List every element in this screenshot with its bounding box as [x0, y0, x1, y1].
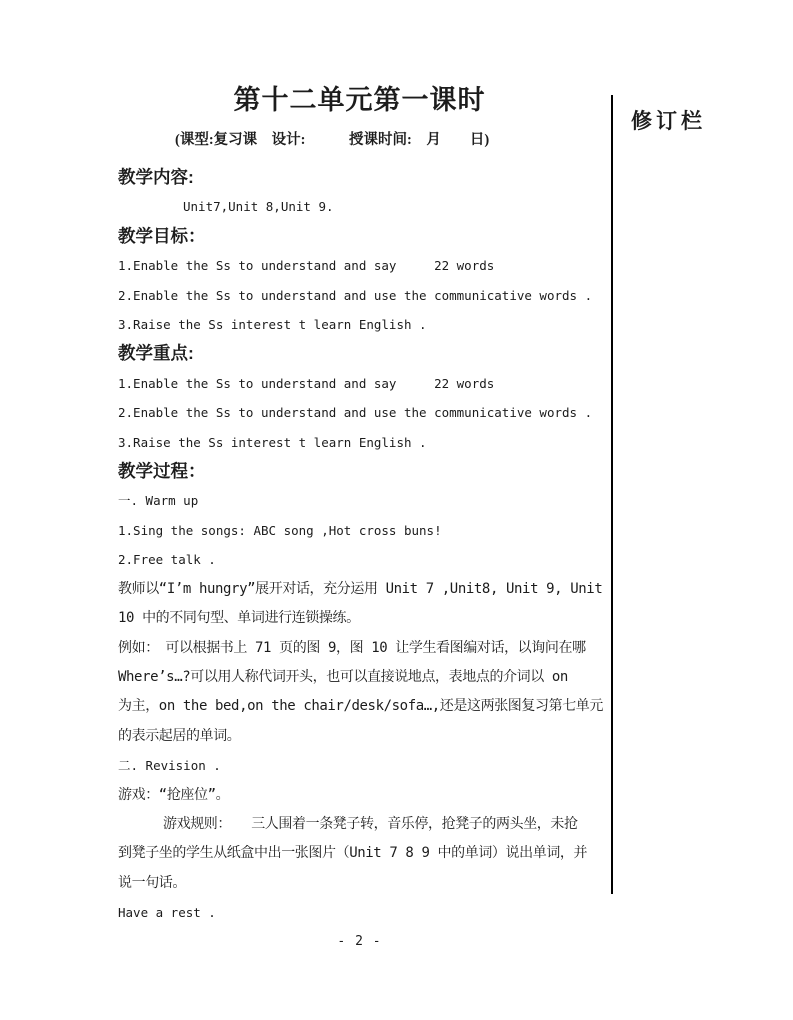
text-line: 教学目标： — [118, 222, 601, 251]
text-line: 到凳子坐的学生从纸盒中出一张图片（Unit 7 8 9 中的单词）说出单词，并 — [118, 839, 601, 868]
text-line: 2.Enable the Ss to understand and use th… — [118, 398, 601, 427]
text-line: 10 中的不同句型、单词进行连锁操练。 — [118, 604, 601, 633]
text-line: 教师以“I’m hungry”展开对话，充分运用 Unit 7 ,Unit8, … — [118, 575, 601, 604]
text-line: 2.Enable the Ss to understand and use th… — [118, 281, 601, 310]
revision-column-label: 修订栏 — [631, 105, 706, 135]
text-line: 游戏：“抢座位”。 — [118, 781, 601, 810]
text-line: 例如： 可以根据书上 71 页的图 9，图 10 让学生看图编对话，以询问在哪 — [118, 634, 601, 663]
document-page: 第十二单元第一课时 (课型:复习课 设计: 授课时间: 月 日) 教学内容:Un… — [0, 0, 793, 1020]
document-body: 教学内容:Unit7,Unit 8,Unit 9.教学目标：1.Enable t… — [118, 163, 601, 928]
text-line: 的表示起居的单词。 — [118, 722, 601, 751]
text-line: Unit7,Unit 8,Unit 9. — [118, 192, 601, 221]
text-line: Have a rest . — [118, 898, 601, 927]
text-line: 教学内容: — [118, 163, 601, 192]
text-line: 游戏规则： 三人围着一条凳子转，音乐停，抢凳子的两头坐，未抢 — [118, 810, 601, 839]
text-line: 3.Raise the Ss interest t learn English … — [118, 310, 601, 339]
page-title: 第十二单元第一课时 — [118, 84, 601, 117]
text-line: 教学过程： — [118, 457, 601, 486]
text-line: 说一句话。 — [118, 869, 601, 898]
page-number: - 2 - — [118, 934, 601, 949]
text-line: 教学重点: — [118, 339, 601, 368]
text-line: 1.Enable the Ss to understand and say 22… — [118, 251, 601, 280]
main-text-column: 第十二单元第一课时 (课型:复习课 设计: 授课时间: 月 日) 教学内容:Un… — [118, 84, 601, 928]
text-line: 二. Revision . — [118, 751, 601, 780]
lesson-meta-line: (课型:复习课 设计: 授课时间: 月 日) — [118, 130, 601, 150]
text-line: 一. Warm up — [118, 486, 601, 515]
text-line: 2.Free talk . — [118, 545, 601, 574]
text-line: 1.Enable the Ss to understand and say 22… — [118, 369, 601, 398]
text-line: 3.Raise the Ss interest t learn English … — [118, 428, 601, 457]
text-line: Where’s…?可以用人称代词开头，也可以直接说地点，表地点的介词以 on — [118, 663, 601, 692]
text-line: 1.Sing the songs: ABC song ,Hot cross bu… — [118, 516, 601, 545]
text-line: 为主，on the bed,on the chair/desk/sofa…,还是… — [118, 692, 601, 721]
revision-column-divider — [611, 95, 613, 894]
